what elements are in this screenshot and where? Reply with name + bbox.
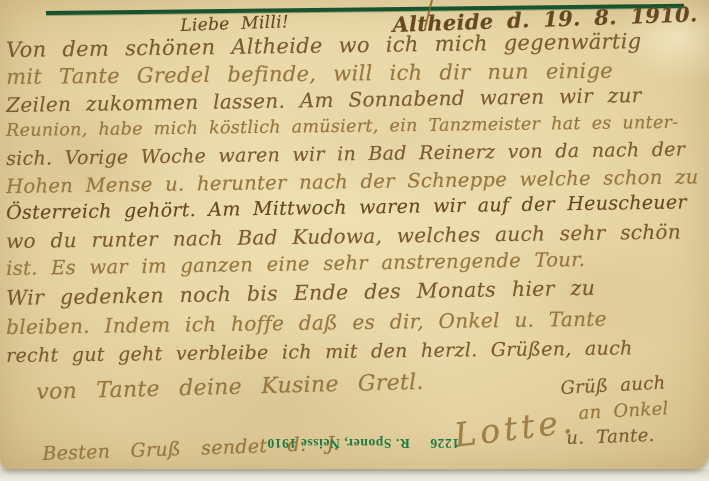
postcard-paper: Liebe Milli! Altheide d. 19. 8. 1910. Vo… bbox=[0, 0, 709, 469]
salutation: Liebe Milli! bbox=[180, 12, 289, 36]
scan-edge bbox=[0, 469, 709, 481]
handwriting-line: Reunion, habe mich köstlich amüsiert, ei… bbox=[6, 113, 679, 141]
handwriting-line: Von dem schönen Altheide wo ich mich geg… bbox=[6, 29, 642, 62]
side-note-line: Grüß auch bbox=[560, 373, 666, 399]
postcard-scan: Liebe Milli! Altheide d. 19. 8. 1910. Vo… bbox=[0, 0, 709, 481]
handwriting-line: ist. Es war im ganzen eine sehr anstreng… bbox=[6, 248, 585, 280]
side-note-line: an Onkel bbox=[578, 398, 669, 424]
printer-imprint: 1226 R. Sponer, Neisse 1910 bbox=[240, 435, 486, 452]
imprint-publisher: R. Sponer, Neisse 1910 bbox=[267, 436, 410, 452]
handwriting-line: Zeilen zukommen lassen. Am Sonnabend war… bbox=[6, 83, 642, 117]
handwriting-line: recht gut geht verbleibe ich mit den her… bbox=[6, 337, 633, 367]
closing-line: von Tante deine Kusine Gretl. bbox=[36, 370, 424, 405]
side-note-line: u. Tante. bbox=[566, 425, 655, 449]
handwriting-line: bleiben. Indem ich hoffe daß es dir, Onk… bbox=[6, 307, 607, 339]
handwriting-line: Wir gedenken noch bis Ende des Monats hi… bbox=[6, 276, 595, 310]
imprint-number: 1226 bbox=[430, 436, 459, 452]
handwriting-line: sich. Vorige Woche waren wir in Bad Rein… bbox=[6, 139, 685, 170]
